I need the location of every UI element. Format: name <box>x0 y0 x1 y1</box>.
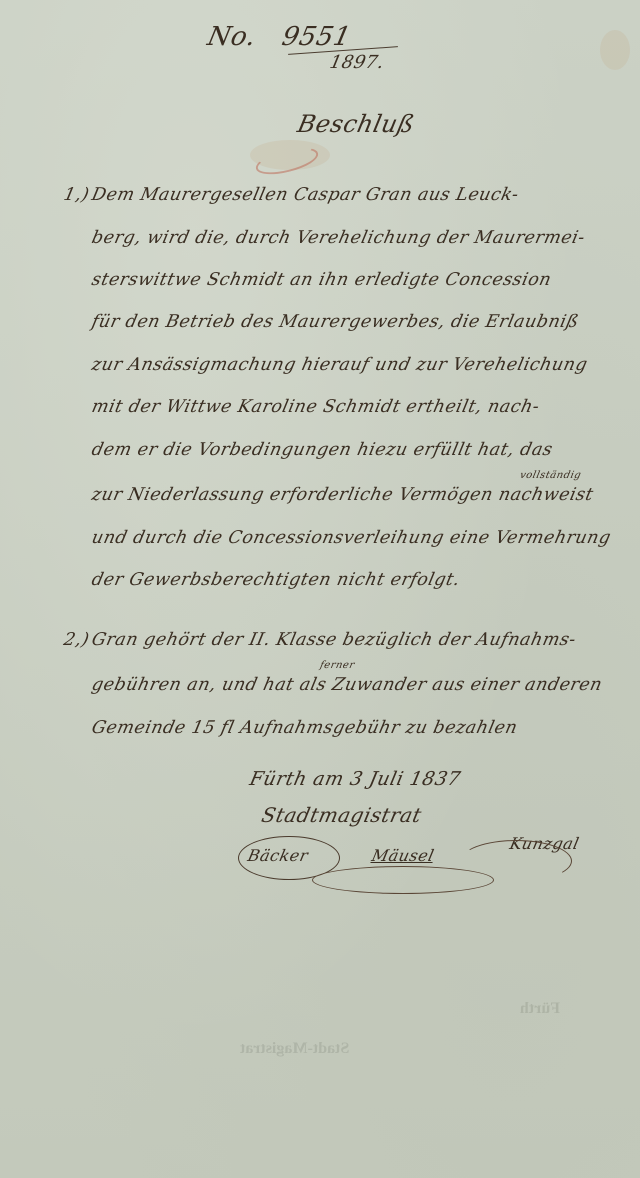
document-number: No. 9551 <box>205 22 354 52</box>
text-line: mit der Wittwe Karoline Schmidt ertheilt… <box>90 397 542 417</box>
paragraph-marker: 1,) <box>62 185 91 205</box>
interlinear-note: ferner <box>319 660 356 671</box>
show-through-text: Fürth <box>520 1000 560 1018</box>
number-value: 9551 <box>279 22 354 52</box>
text-line: gebühren an, und hat als Zuwander aus ei… <box>90 675 604 695</box>
text-line: berg, wird die, durch Verehelichung der … <box>90 228 587 248</box>
text-line: Dem Maurergesellen Caspar Gran aus Leuck… <box>90 185 521 205</box>
paragraph-marker: 2,) <box>62 630 91 650</box>
text-line: Gran gehört der II. Klasse bezüglich der… <box>90 630 578 650</box>
signature-flourish <box>460 840 572 882</box>
document-year: 1897. <box>328 52 386 73</box>
text-line: sterswittwe Schmidt an ihn erledigte Con… <box>90 270 553 290</box>
paper-stain <box>600 30 630 70</box>
show-through-text: Stadt-Magistrat <box>240 1040 349 1058</box>
text-line: Gemeinde 15 fl Aufnahmsgebühr zu bezahle… <box>90 718 519 738</box>
document-title: Beschluß <box>295 110 417 138</box>
number-label: No. <box>205 22 259 52</box>
place-date: Fürth am 3 Juli 1837 <box>248 768 463 790</box>
text-line: zur Ansässigmachung hierauf und zur Vere… <box>90 355 589 375</box>
text-line: dem er die Vorbedingungen hiezu erfüllt … <box>90 440 555 460</box>
document-page: Fürth Stadt-Magistrat No. 9551 1897. Bes… <box>0 0 640 1178</box>
text-line: für den Betrieb des Maurergewerbes, die … <box>90 312 581 332</box>
signature: Mäusel <box>370 846 436 865</box>
text-line: der Gewerbsberechtigten nicht erfolgt. <box>90 570 462 590</box>
issuing-authority: Stadtmagistrat <box>259 803 424 827</box>
interlinear-note: vollständig <box>519 470 582 481</box>
text-line: zur Niederlassung erforderliche Vermögen… <box>90 485 595 505</box>
text-line: und durch die Concessionsverleihung eine… <box>90 528 613 548</box>
signature: Bäcker <box>246 846 310 865</box>
